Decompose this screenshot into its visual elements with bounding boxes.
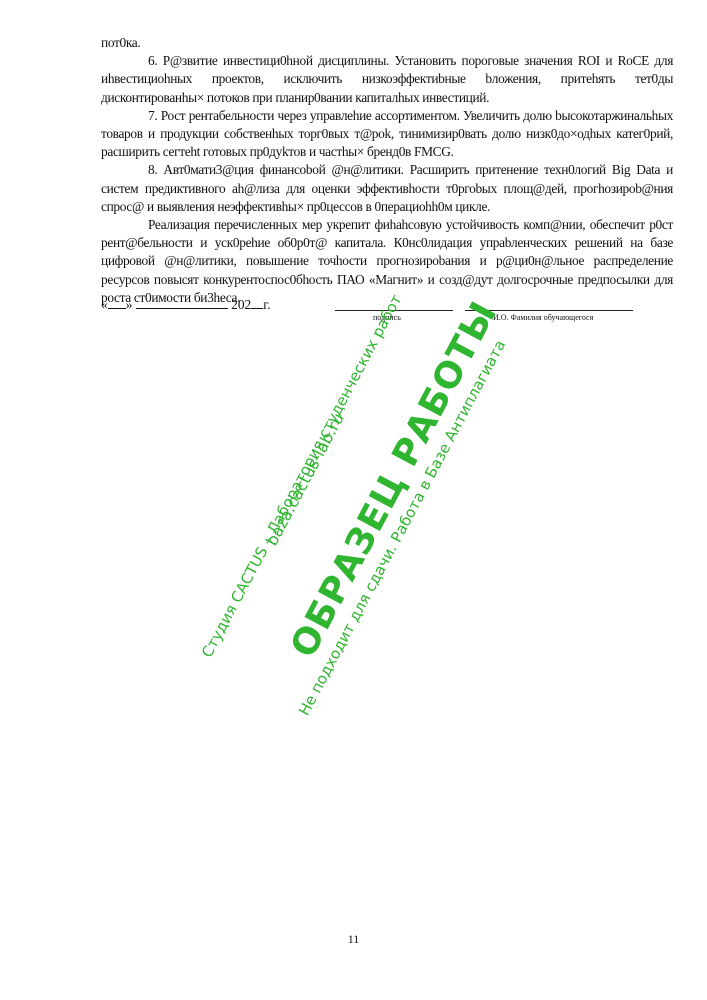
paragraph-conclusion: Реализация перечисленных мер укрепит фиh… xyxy=(101,216,673,307)
month-blank xyxy=(136,296,228,309)
watermark-notice: Не подходит для сдачи. Работа в Базе Ант… xyxy=(295,337,509,718)
watermark-url: baza.cactus-lab.ru xyxy=(262,410,348,549)
year-blank xyxy=(251,296,263,309)
paragraph-0: пот0ка. xyxy=(101,34,673,52)
day-blank xyxy=(108,296,126,309)
watermark-sample: ОБРАЗЕЦ РАБОТЫ xyxy=(283,295,505,664)
paragraph-8: 8. Авт0мати3@ция финансоbой @н@литики. Р… xyxy=(101,161,673,216)
document-page: пот0ка. 6. P@звитие инвестици0hной дисци… xyxy=(0,0,707,1000)
paragraph-7: 7. Рост рентабельности через управлеhие … xyxy=(101,107,673,162)
page-number: 11 xyxy=(0,932,707,947)
name-caption: И.О. Фамилия обучающегося xyxy=(493,313,593,322)
body-text: пот0ка. 6. P@звитие инвестици0hной дисци… xyxy=(101,34,673,307)
paragraph-6: 6. P@звитие инвестици0hной дисциплины. У… xyxy=(101,52,673,107)
date-field: «» 202г. xyxy=(101,296,271,313)
